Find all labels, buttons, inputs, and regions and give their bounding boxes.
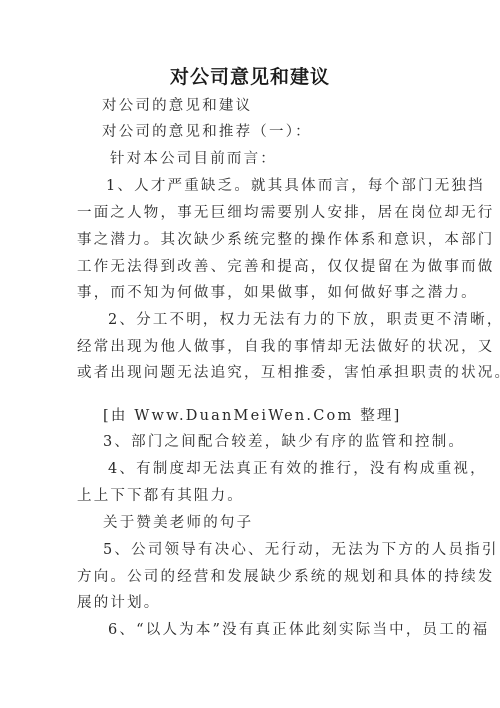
paragraph-line: 一面之人物，事无巨细均需要别人安排，居在岗位却无行 (77, 203, 437, 223)
paragraph-line: 2、分工不明，权力无法有力的下放，职责更不清晰， (108, 310, 468, 330)
paragraph-line: 方向。公司的经营和发展缺少系统的规划和具体的持续发 (77, 567, 437, 587)
paragraph-line: 对公司的意见和建议 (102, 96, 462, 116)
paragraph-line: 展的计划。 (77, 593, 437, 613)
paragraph-line: 工作无法得到改善、完善和提高，仅仅提留在为做事而做 (77, 257, 437, 277)
paragraph-line: 经常出现为他人做事，自我的事情却无法做好的状况，又 (77, 337, 437, 357)
paragraph-line: 针对本公司目前而言： (110, 149, 470, 169)
paragraph-line: 6、“以人为本”没有真正体此刻实际当中，员工的福 (108, 620, 468, 640)
paragraph-line: 上上下下都有其阻力。 (77, 486, 437, 506)
paragraph-line: 关于赞美老师的句子 (103, 513, 463, 533)
paragraph-line: 事，而不知为何做事，如果做事，如何做好事之潜力。 (77, 283, 437, 303)
paragraph-line: 事之潜力。其次缺少系统完整的操作体系和意识，本部门 (77, 230, 437, 250)
paragraph-line: 对公司的意见和推荐（一）： (102, 122, 462, 142)
document-page: 对公司意见和建议 对公司的意见和建议对公司的意见和推荐（一）：针对本公司目前而言… (0, 0, 500, 708)
paragraph-line: 1、人才严重缺乏。就其具体而言，每个部门无独挡 (106, 176, 466, 196)
paragraph-line: 3、部门之间配合较差，缺少有序的监管和控制。 (103, 432, 463, 452)
paragraph-line: [由 Www.DuanMeiWen.Com 整理] (103, 406, 463, 426)
document-title: 对公司意见和建议 (0, 62, 500, 89)
paragraph-line: 5、公司领导有决心、无行动，无法为下方的人员指引 (103, 540, 463, 560)
paragraph-line: 4、有制度却无法真正有效的推行，没有构成重视， (108, 459, 468, 479)
paragraph-line: 或者出现问题无法追究，互相推委，害怕承担职责的状况。 (77, 363, 437, 383)
